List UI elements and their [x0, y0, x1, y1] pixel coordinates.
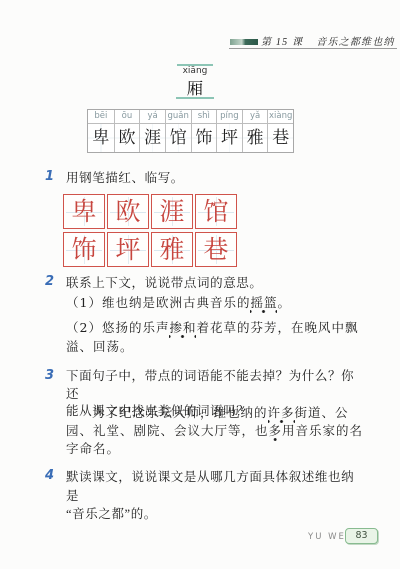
exercise-4-number: 4	[45, 468, 61, 483]
practice-grid-row: 卑 欧 涯 馆	[63, 194, 237, 229]
pinyin-table-column: yá 涯	[139, 110, 165, 152]
dotted-word: 掺和	[169, 320, 196, 339]
practice-character: 坪	[115, 237, 140, 262]
pinyin-table-column: shì 饰	[191, 110, 217, 152]
practice-character: 巷	[203, 237, 228, 262]
practice-cell: 馆	[195, 194, 237, 229]
pinyin-cell: yá	[140, 110, 165, 124]
pinyin-table-column: guǎn 馆	[165, 110, 191, 152]
item-label: （2）	[66, 320, 102, 335]
practice-cell: 卑	[63, 194, 105, 229]
practice-character: 欧	[115, 199, 140, 224]
pinyin-table-column: yǎ 雅	[242, 110, 268, 152]
character-cell: 饰	[192, 124, 217, 152]
pinyin-table-column: xiàng 巷	[267, 110, 293, 152]
exercise-3-quote: 为了纪念乐坛大师，维也纳的许多街道、公 园、礼堂、剧院、会议大厅等，也多用音乐家…	[66, 404, 364, 458]
exercise-1-text: 用钢笔描红、临写。	[66, 169, 364, 187]
character-cell: 雅	[243, 124, 268, 152]
practice-cell: 欧	[107, 194, 149, 229]
pinyin-cell: shì	[192, 110, 217, 124]
dotted-word: 多	[269, 423, 283, 442]
exercise-2-item-2: （2）悠扬的乐声掺和着花草的芬芳，在晚风中飘 溢、回荡。	[66, 319, 364, 356]
practice-character: 涯	[159, 199, 184, 224]
practice-character: 馆	[203, 199, 228, 224]
header-rule	[229, 48, 397, 49]
item-line: （2）悠扬的乐声掺和着花草的芬芳，在晚风中飘	[66, 319, 364, 338]
textbook-page: 第 15 课音乐之都维也纳 xiāng 厢 bēi 卑 ōu 欧 yá 涯 gu…	[0, 0, 400, 569]
prompt-line: 默读课文，说说课文是从哪几方面具体叙述维也纳是	[66, 468, 364, 505]
practice-cell: 涯	[151, 194, 193, 229]
character-cell: 馆	[166, 124, 191, 152]
exercise-3-number: 3	[45, 368, 61, 383]
pinyin-table-column: ōu 欧	[114, 110, 140, 152]
practice-grid-row: 饰 坪 雅 巷	[63, 232, 237, 267]
practice-character: 雅	[159, 237, 184, 262]
character-cell: 欧	[115, 124, 140, 152]
character-cell: 坪	[217, 124, 242, 152]
dotted-word: 摇篮	[250, 295, 277, 314]
character-cell: 巷	[268, 124, 293, 152]
quote-line: 为了纪念乐坛大师，维也纳的许多街道、公	[66, 404, 364, 422]
header-lesson-label: 第 15 课	[261, 37, 303, 48]
character-cell: 卑	[88, 124, 114, 152]
pinyin-cell: yǎ	[243, 110, 268, 124]
quote-line: 园、礼堂、剧院、会议大厅等，也多用音乐家的名	[66, 422, 364, 440]
header-lesson-heading: 第 15 课音乐之都维也纳	[261, 33, 395, 48]
practice-character: 卑	[71, 199, 96, 224]
item-label: （1）	[66, 295, 102, 310]
pinyin-cell: guǎn	[166, 110, 191, 124]
header-lesson-title: 音乐之都维也纳	[316, 37, 394, 48]
exercise-2-prompt: 联系上下文，说说带点词的意思。	[66, 274, 364, 292]
practice-character: 饰	[71, 237, 96, 262]
item-line: 溢、回荡。	[66, 338, 364, 357]
vocab-divider-bottom	[176, 97, 214, 99]
prompt-line: 下面句子中，带点的词语能不能去掉？为什么？你还	[66, 368, 364, 403]
practice-cell: 巷	[195, 232, 237, 267]
pinyin-cell: píng	[217, 110, 242, 124]
practice-cell: 饰	[63, 232, 105, 267]
exercise-2-item-1: （1）维也纳是欧洲古典音乐的摇篮。	[66, 294, 364, 312]
pinyin-character-table: bēi 卑 ōu 欧 yá 涯 guǎn 馆 shì 饰 píng 坪 yǎ 雅…	[87, 109, 294, 153]
page-number-badge: 83	[345, 528, 378, 544]
exercise-4-prompt: 默读课文，说说课文是从哪几方面具体叙述维也纳是 “音乐之都”的。	[66, 468, 364, 524]
pinyin-cell: bēi	[88, 110, 114, 124]
vocab-character: 厢	[159, 76, 231, 99]
exercise-2-number: 2	[45, 274, 61, 289]
character-cell: 涯	[140, 124, 165, 152]
prompt-line: “音乐之都”的。	[66, 505, 364, 524]
quote-line: 字命名。	[66, 440, 364, 458]
header-bar-decoration	[230, 39, 258, 45]
practice-grid: 卑 欧 涯 馆 饰 坪 雅 巷	[63, 194, 237, 270]
pinyin-table-column: bēi 卑	[88, 110, 114, 152]
pinyin-table-column: píng 坪	[216, 110, 242, 152]
exercise-1-number: 1	[45, 169, 61, 184]
vocab-pinyin: xiāng	[159, 66, 231, 76]
practice-cell: 雅	[151, 232, 193, 267]
pinyin-cell: xiàng	[268, 110, 293, 124]
pinyin-cell: ōu	[115, 110, 140, 124]
practice-cell: 坪	[107, 232, 149, 267]
